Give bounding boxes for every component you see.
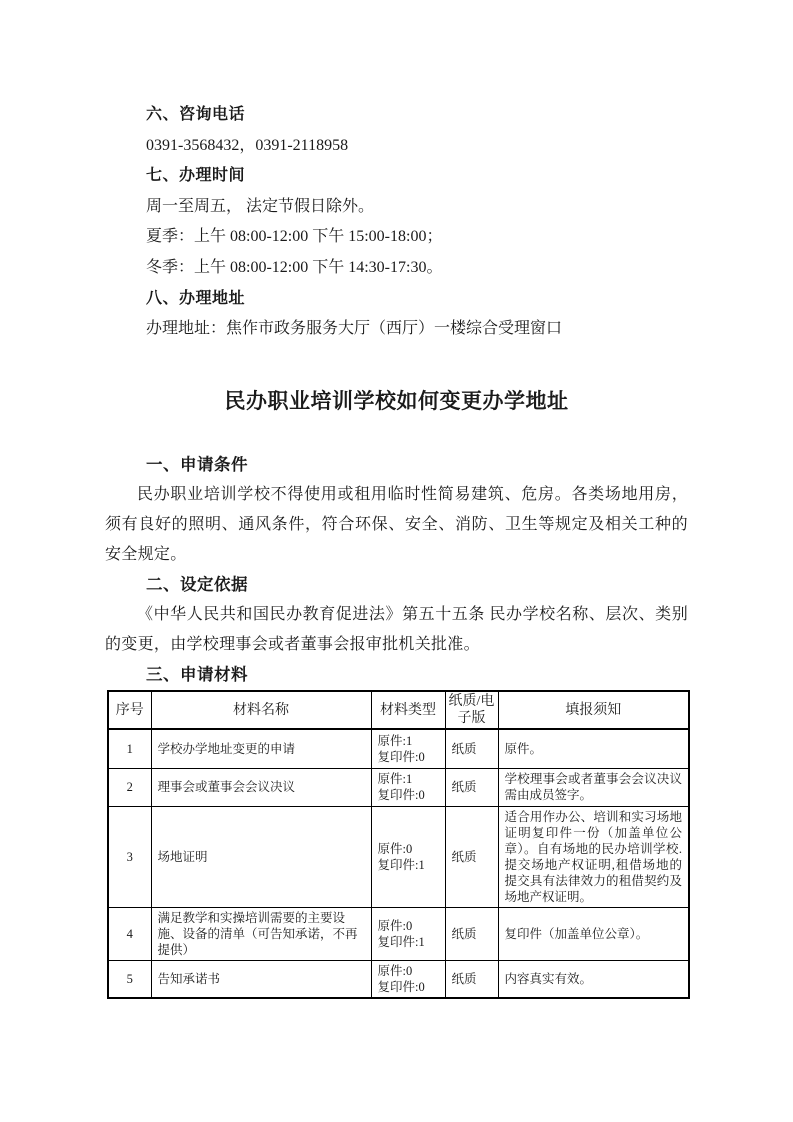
cell-material-type: 原件:0 复印件:1 <box>371 907 445 960</box>
cell-material-name: 场地证明 <box>151 806 371 907</box>
table-row: 2 理事会或董事会会议决议 原件:1 复印件:0 纸质 学校理事会或者董事会会议… <box>108 768 689 806</box>
original-count: 原件:1 <box>378 733 439 749</box>
heading-office-hours: 七、办理时间 <box>105 161 688 192</box>
table-header-row: 序号 材料名称 材料类型 纸质/电子版 填报须知 <box>108 691 689 729</box>
cell-medium: 纸质 <box>445 960 498 998</box>
original-count: 原件:0 <box>378 963 439 979</box>
heading-consult-phone: 六、咨询电话 <box>105 100 688 131</box>
cell-material-type: 原件:1 复印件:0 <box>371 768 445 806</box>
header-cell-notes: 填报须知 <box>498 691 689 729</box>
document-page: 六、咨询电话 0391-3568432，0391-2118958 七、办理时间 … <box>0 0 793 1122</box>
top-continuation-section: 六、咨询电话 0391-3568432，0391-2118958 七、办理时间 … <box>105 100 688 345</box>
original-count: 原件:0 <box>378 918 439 934</box>
table-row: 3 场地证明 原件:0 复印件:1 纸质 适合用作办公、培训和实习场地证明复印件… <box>108 806 689 907</box>
copy-count: 复印件:0 <box>378 749 439 765</box>
office-hours-summer: 夏季：上午 08:00-12:00 下午 15:00-18:00； <box>105 222 688 253</box>
heading-setting-basis: 二、设定依据 <box>105 570 688 600</box>
copy-count: 复印件:0 <box>378 787 439 803</box>
cell-material-name: 满足教学和实操培训需要的主要设施、设备的清单（可告知承诺，不再提供） <box>151 907 371 960</box>
phone-numbers: 0391-3568432，0391-2118958 <box>105 131 688 162</box>
cell-no: 2 <box>108 768 151 806</box>
materials-table: 序号 材料名称 材料类型 纸质/电子版 填报须知 1 学校办学地址变更的申请 原… <box>107 690 690 999</box>
table-row: 1 学校办学地址变更的申请 原件:1 复印件:0 纸质 原件。 <box>108 729 689 768</box>
cell-medium: 纸质 <box>445 768 498 806</box>
page-title: 民办职业培训学校如何变更办学地址 <box>0 388 793 416</box>
cell-material-type: 原件:0 复印件:0 <box>371 960 445 998</box>
heading-application-materials: 三、申请材料 <box>105 660 688 690</box>
application-conditions-paragraph: 民办职业培训学校不得使用或租用临时性简易建筑、危房。各类场地用房，须有良好的照明… <box>105 480 688 570</box>
office-address: 办理地址：焦作市政务服务大厅（西厅）一楼综合受理窗口 <box>105 314 688 345</box>
header-cell-name: 材料名称 <box>151 691 371 729</box>
cell-material-name: 理事会或董事会会议决议 <box>151 768 371 806</box>
copy-count: 复印件:0 <box>378 979 439 995</box>
copy-count: 复印件:1 <box>378 934 439 950</box>
cell-medium: 纸质 <box>445 907 498 960</box>
copy-count: 复印件:1 <box>378 857 439 873</box>
header-cell-medium: 纸质/电子版 <box>445 691 498 729</box>
cell-notes: 原件。 <box>498 729 689 768</box>
heading-application-conditions: 一、申请条件 <box>105 450 688 480</box>
original-count: 原件:1 <box>378 771 439 787</box>
cell-no: 1 <box>108 729 151 768</box>
heading-office-address: 八、办理地址 <box>105 284 688 315</box>
cell-no: 4 <box>108 907 151 960</box>
cell-no: 5 <box>108 960 151 998</box>
table-row: 4 满足教学和实操培训需要的主要设施、设备的清单（可告知承诺，不再提供） 原件:… <box>108 907 689 960</box>
cell-medium: 纸质 <box>445 806 498 907</box>
cell-material-name: 学校办学地址变更的申请 <box>151 729 371 768</box>
original-count: 原件:0 <box>378 841 439 857</box>
cell-notes: 适合用作办公、培训和实习场地证明复印件一份（加盖单位公章）。自有场地的民办培训学… <box>498 806 689 907</box>
cell-material-type: 原件:0 复印件:1 <box>371 806 445 907</box>
cell-medium: 纸质 <box>445 729 498 768</box>
cell-material-type: 原件:1 复印件:0 <box>371 729 445 768</box>
main-sections: 一、申请条件 民办职业培训学校不得使用或租用临时性简易建筑、危房。各类场地用房，… <box>105 450 688 690</box>
cell-notes: 复印件（加盖单位公章）。 <box>498 907 689 960</box>
header-cell-type: 材料类型 <box>371 691 445 729</box>
office-hours-days: 周一至周五， 法定节假日除外。 <box>105 192 688 223</box>
cell-no: 3 <box>108 806 151 907</box>
cell-notes: 学校理事会或者董事会会议决议需由成员签字。 <box>498 768 689 806</box>
cell-material-name: 告知承诺书 <box>151 960 371 998</box>
cell-notes: 内容真实有效。 <box>498 960 689 998</box>
office-hours-winter: 冬季：上午 08:00-12:00 下午 14:30-17:30。 <box>105 253 688 284</box>
header-cell-no: 序号 <box>108 691 151 729</box>
table-row: 5 告知承诺书 原件:0 复印件:0 纸质 内容真实有效。 <box>108 960 689 998</box>
setting-basis-paragraph: 《中华人民共和国民办教育促进法》第五十五条 民办学校名称、层次、类别的变更，由学… <box>105 600 688 660</box>
